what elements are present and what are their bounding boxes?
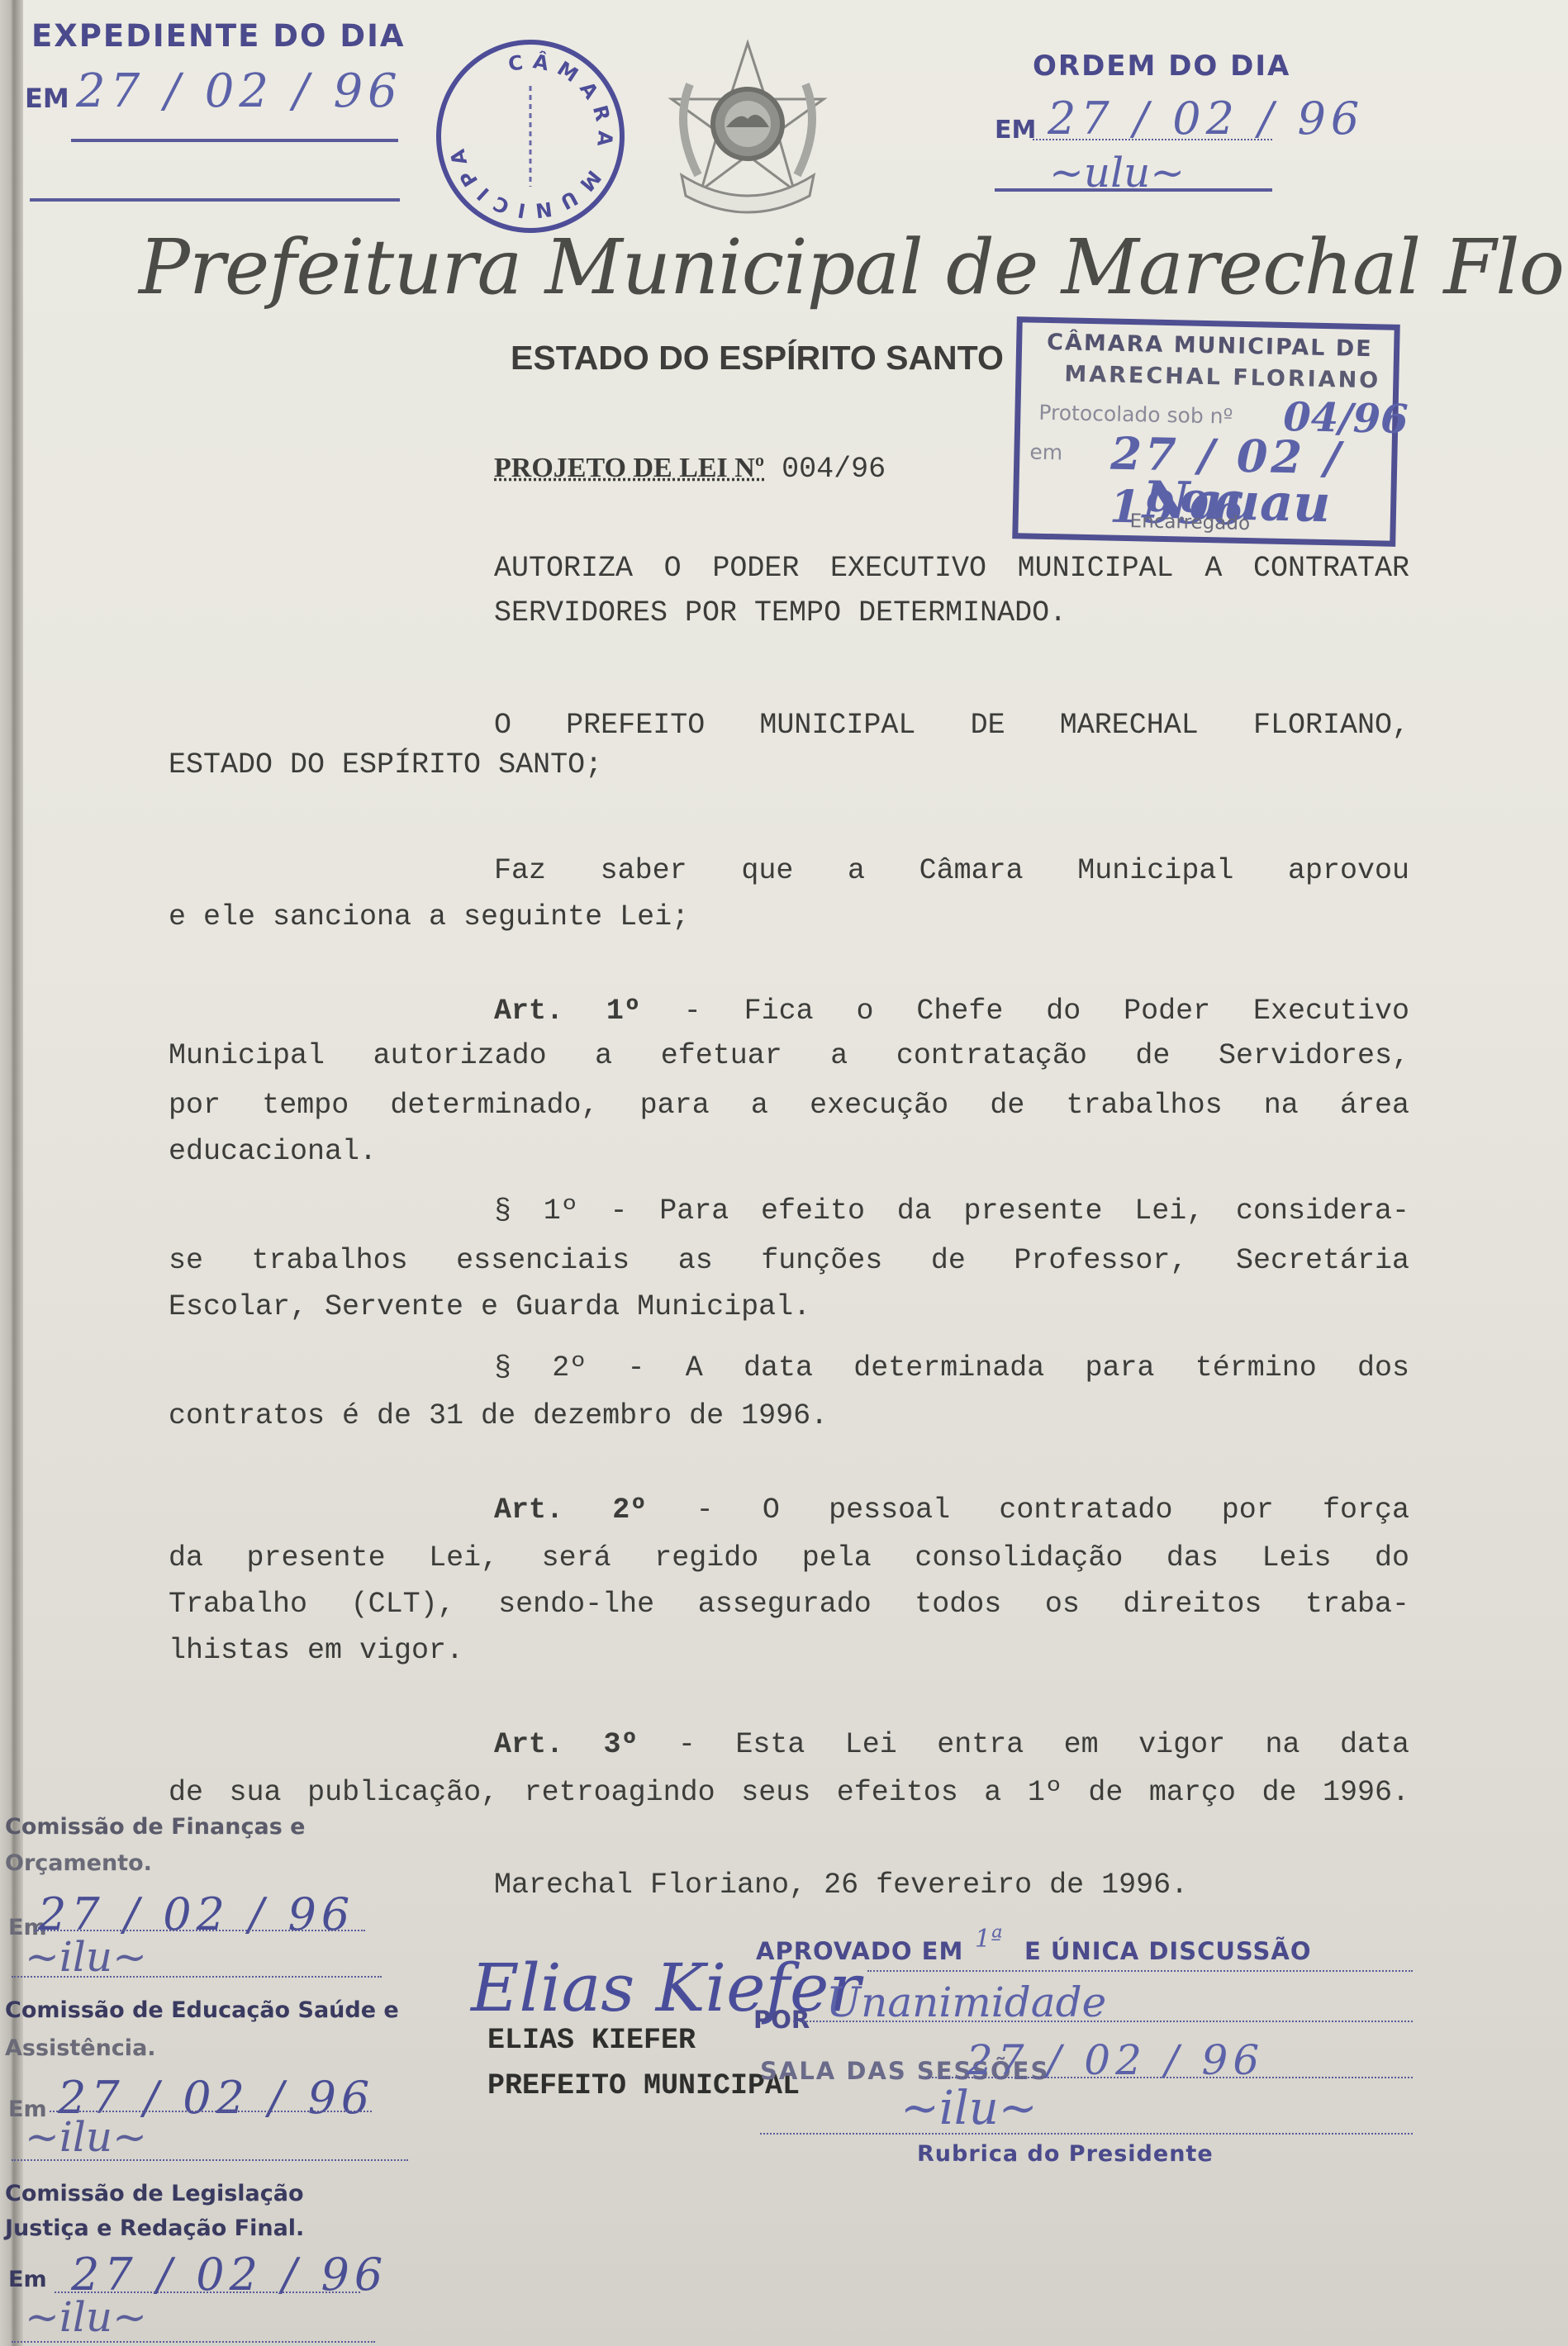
bill-summary-line2: SERVIDORES POR TEMPO DETERMINADO.: [494, 596, 1067, 629]
article-2-line4: lhistas em vigor.: [169, 1634, 463, 1667]
protocol-line2: MARECHAL FLORIANO: [1064, 361, 1380, 393]
committee-3-name: Comissão de Legislação: [5, 2181, 304, 2206]
article-2-text: - O pessoal contratado por força: [696, 1494, 1409, 1527]
president-rubric-line: [760, 2133, 1413, 2135]
bill-number: 004/96: [782, 453, 886, 486]
article-2-line3: Trabalho (CLT), sendo-lhe assegurado tod…: [169, 1588, 1409, 1621]
seal-text: CÂMARA MUNICIPAL: [441, 45, 617, 223]
paragraph-1-text: - Para efeito da presente Lei, considera…: [610, 1194, 1409, 1228]
approval-discussion-label: E ÚNICA DISCUSSÃO: [1024, 1937, 1311, 1965]
article-1-line4: educacional.: [169, 1135, 377, 1168]
article-2-label: Art. 2º: [494, 1494, 647, 1527]
coat-of-arms-icon: [665, 35, 830, 216]
expediente-date: 27 / 02 / 96: [76, 64, 402, 118]
protocol-date-label: em: [1029, 440, 1062, 465]
signer-role: PREFEITO MUNICIPAL: [487, 2069, 800, 2102]
committee-1-date-line: [35, 1930, 365, 1931]
preamble-line2: ESTADO DO ESPÍRITO SANTO;: [169, 748, 602, 781]
article-3-line2: de sua publicação, retroagindo seus efei…: [169, 1776, 1409, 1809]
ordem-em-label: EM: [995, 116, 1036, 145]
ordem-do-dia-stamp-title: ORDEM DO DIA: [1033, 50, 1290, 83]
president-rubric: ~ilu~: [900, 2082, 1038, 2135]
seal-icon: CÂMARA MUNICIPAL: [441, 45, 620, 228]
ordem-date-line: [1033, 139, 1272, 140]
president-rubric-label: Rubrica do Presidente: [917, 2141, 1214, 2167]
paragraph-1-line2: se trabalhos essenciais as funções de Pr…: [169, 1244, 1409, 1277]
committee-1-name: Comissão de Finanças e: [5, 1814, 305, 1840]
enactment-line2: e ele sanciona a seguinte Lei;: [169, 900, 689, 933]
expediente-stamp-title: EXPEDIENTE DO DIA: [31, 18, 405, 54]
svg-text:CÂMARA MUNICIPAL: CÂMARA MUNICIPAL: [441, 45, 617, 223]
committee-1-signature-line: [12, 1976, 382, 1978]
article-3-line1: Art. 3º - Esta Lei entra em vigor na dat…: [494, 1728, 1409, 1761]
protocol-stamp: CÂMARA MUNICIPAL DE MARECHAL FLORIANO Pr…: [1012, 316, 1400, 547]
letterhead-title: Prefeitura Municipal de Marechal Florian…: [139, 223, 1568, 311]
committee-3-rubric: ~ilu~: [25, 2293, 147, 2341]
protocol-line1: CÂMARA MUNICIPAL DE: [1047, 330, 1373, 362]
paragraph-1-label: § 1º: [494, 1194, 578, 1228]
article-2-line1: Art. 2º - O pessoal contratado por força: [494, 1494, 1409, 1527]
committee-1-name-text: Comissão de Finanças e: [5, 1814, 305, 1840]
approval-label: APROVADO EM: [756, 1937, 963, 1965]
committee-2-name-line2: Assistência.: [5, 2035, 156, 2061]
paragraph-1-line3: Escolar, Servente e Guarda Municipal.: [169, 1290, 810, 1323]
paragraph-2-line1: § 2º - A data determinada para término d…: [494, 1351, 1409, 1384]
committee-3-signature-line: [12, 2341, 375, 2343]
protocol-signature-label: Encarregado: [1129, 511, 1250, 534]
ordem-rubric: ~ulu~: [1049, 149, 1185, 197]
committee-2-name: Comissão de Educação Saúde e: [5, 1997, 399, 2023]
article-1-text: - Fica o Chefe do Poder Executivo: [684, 995, 1409, 1028]
protocol-number-label: Protocolado sob nº: [1038, 401, 1233, 429]
bill-summary-line1: AUTORIZA O PODER EXECUTIVO MUNICIPAL A C…: [494, 552, 1409, 585]
committee-1-name-line2: Orçamento.: [5, 1850, 152, 1876]
committee-3-em-label: Em: [8, 2267, 47, 2292]
bill-title-label: PROJETO DE LEI Nº: [494, 453, 764, 483]
committee-2-date-line: [50, 2111, 372, 2112]
camara-municipal-seal: CÂMARA MUNICIPAL: [436, 40, 625, 233]
bill-title: PROJETO DE LEI Nº 004/96: [494, 453, 886, 486]
place-and-date: Marechal Floriano, 26 fevereiro de 1996.: [494, 1869, 1188, 1902]
committee-2-rubric: ~ilu~: [25, 2113, 147, 2161]
approval-round: 1ª: [975, 1925, 1002, 1954]
article-3-text: - Esta Lei entra em vigor na data: [678, 1728, 1409, 1761]
paragraph-1-line1: § 1º - Para efeito da presente Lei, cons…: [494, 1194, 1409, 1228]
article-1-line3: por tempo determinado, para a execução d…: [169, 1089, 1409, 1122]
approval-by-value: Unanimidade: [826, 1978, 1106, 2026]
expediente-date-line: [71, 139, 398, 142]
approval-line-2: [793, 2021, 1413, 2022]
enactment-line1: Faz saber que a Câmara Municipal aprovou: [494, 854, 1409, 887]
article-1-line2: Municipal autorizado a efetuar a contrat…: [169, 1039, 1409, 1072]
letterhead-state: ESTADO DO ESPÍRITO SANTO: [511, 339, 1004, 378]
ordem-date: 27 / 02 / 96: [1048, 93, 1364, 145]
article-3-label: Art. 3º: [494, 1728, 638, 1761]
expediente-em-label: EM: [25, 83, 69, 114]
committee-1-rubric: ~ilu~: [25, 1933, 147, 1981]
preamble-line1: O PREFEITO MUNICIPAL DE MARECHAL FLORIAN…: [494, 709, 1409, 742]
approval-line-1: [867, 1970, 1413, 1972]
paragraph-2-text: - A data determinada para término dos: [627, 1351, 1409, 1384]
binder-edge: [0, 0, 23, 2346]
article-2-line2: da presente Lei, será regido pela consol…: [169, 1541, 1409, 1574]
committee-3-name-line2: Justiça e Redação Final.: [5, 2215, 304, 2241]
paragraph-2-line2: contratos é de 31 de dezembro de 1996.: [169, 1399, 828, 1432]
committee-2-signature-line: [12, 2159, 408, 2161]
article-1-line1: Art. 1º - Fica o Chefe do Poder Executiv…: [494, 995, 1409, 1028]
signer-name: ELIAS KIEFER: [487, 2024, 696, 2057]
paragraph-2-label: § 2º: [494, 1351, 587, 1384]
article-1-label: Art. 1º: [494, 995, 641, 1028]
approval-by-label: POR: [753, 2006, 810, 2034]
approval-line-3: [925, 2077, 1413, 2078]
expediente-signature-line: [30, 198, 400, 202]
